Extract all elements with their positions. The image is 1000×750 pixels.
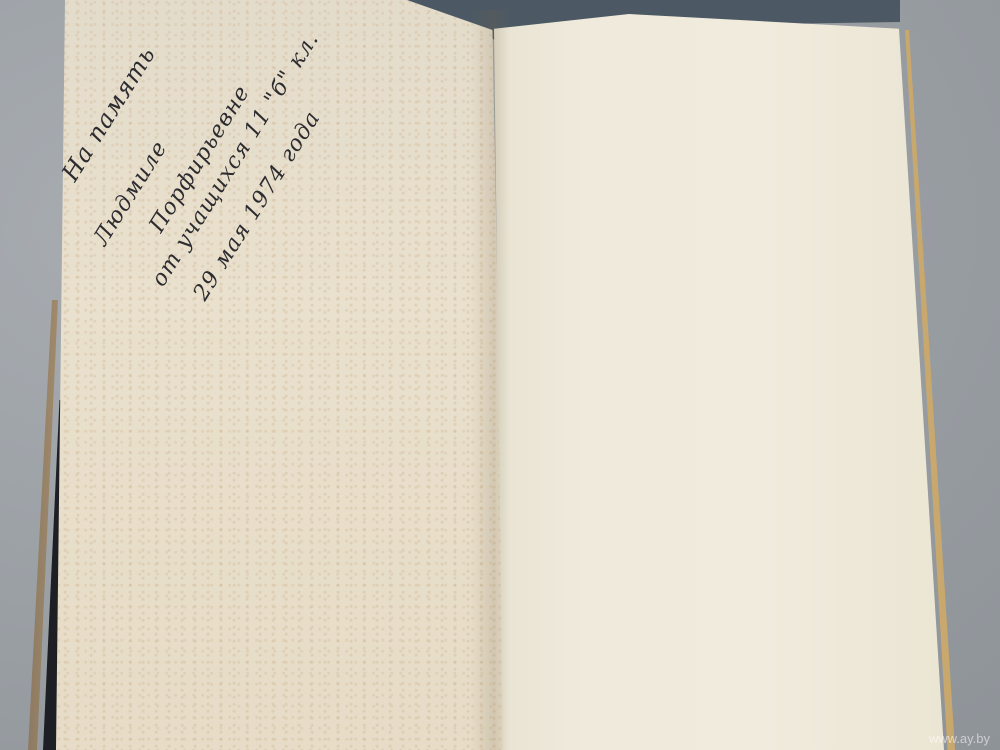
photo-scene: На память Людмиле Порфирьевне от учащихс… [0, 0, 1000, 750]
gutter-shadow [470, 10, 510, 750]
right-blank-page [494, 14, 944, 750]
handwritten-inscription: На память Людмиле Порфирьевне от учащихс… [60, 40, 380, 320]
watermark: www.ay.by [929, 731, 990, 746]
